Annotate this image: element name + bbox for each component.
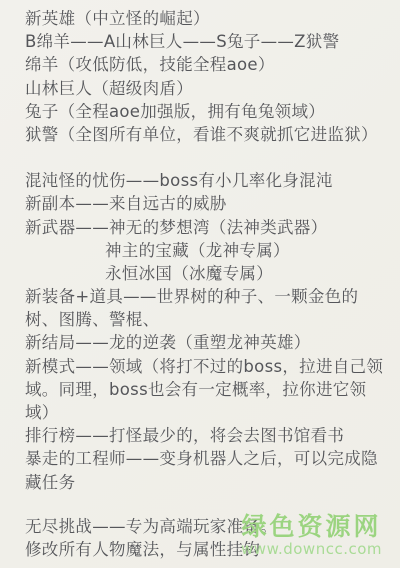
note-line: 藏任务 [25, 471, 400, 494]
note-line: 山林巨人（超级肉盾） [25, 77, 400, 100]
note-line: 暴走的工程师——变身机器人之后，可以完成隐 [25, 447, 400, 470]
note-line: 修改所有人物魔法，与属性挂钩 [25, 538, 400, 561]
note-line: 绵羊（攻低防低，技能全程aoe） [25, 53, 400, 76]
note-line: 新模式——领域（将打不过的boss，拉进自己领 [25, 355, 400, 378]
note-line: B绵羊——A山林巨人——S兔子——Z狱警 [25, 30, 400, 53]
note-line: 域。同理，boss也会有一定概率，拉你进它领 [25, 378, 400, 401]
note-line: 神主的宝藏（龙神专属） [25, 239, 400, 262]
note-line: 新副本——来自远古的威胁 [25, 192, 400, 215]
note-line: 无尽挑战——专为高端玩家准备。 [25, 515, 400, 538]
note-line: 永恒冰国（冰魔专属） [25, 262, 400, 285]
note-line: 狱警（全图所有单位，看谁不爽就抓它进监狱） [25, 123, 400, 146]
note-page: 新英雄（中立怪的崛起） B绵羊——A山林巨人——S兔子——Z狱警 绵羊（攻低防低… [0, 0, 400, 568]
note-line: 兔子（全程aoe加强版，拥有龟兔领域） [25, 100, 400, 123]
note-line: 新英雄（中立怪的崛起） [25, 7, 400, 30]
note-line: 排行榜——打怪最少的，将会去图书馆看书 [25, 424, 400, 447]
note-line: 新武器——神无的梦想湾（法神类武器） [25, 216, 400, 239]
note-line: 树、图腾、警棍、 [25, 308, 400, 331]
note-line: 新装备+道具——世界树的种子、一颗金色的 [25, 285, 400, 308]
note-line: 混沌怪的忧伤——boss有小几率化身混沌 [25, 169, 400, 192]
note-line: 域） [25, 401, 400, 424]
note-line: 新结局——龙的逆袭（重塑龙神英雄） [25, 331, 400, 354]
